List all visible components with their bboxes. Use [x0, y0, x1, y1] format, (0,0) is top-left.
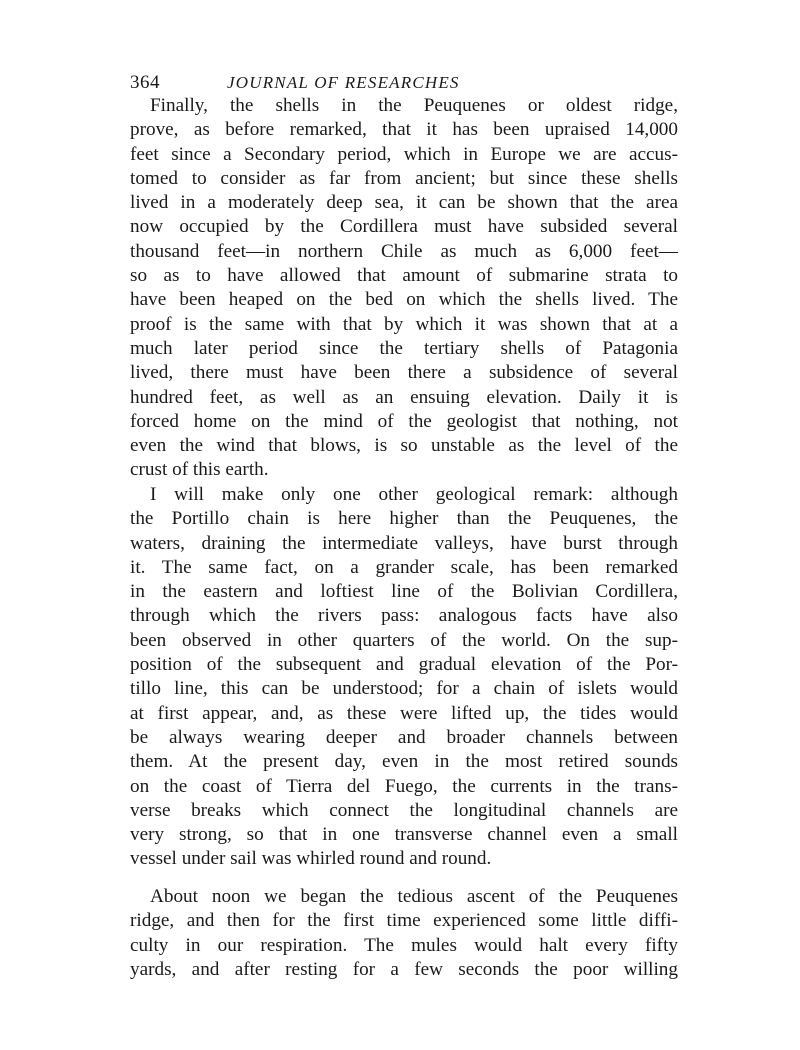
text-line: thousand feet—in northern Chile as much …: [130, 240, 678, 264]
text-line: crust of this earth.: [130, 458, 678, 482]
text-line: through which the rivers pass: analogous…: [130, 604, 678, 628]
text-line: at first appear, and, as these were lift…: [130, 702, 678, 726]
text-line: feet since a Secondary period, which in …: [130, 143, 678, 167]
text-line: have been heaped on the bed on which the…: [130, 288, 678, 312]
text-line: in the eastern and loftiest line of the …: [130, 580, 678, 604]
text-line: hundred feet, as well as an ensuing elev…: [130, 386, 678, 410]
text-line: be always wearing deeper and broader cha…: [130, 726, 678, 750]
text-line: proof is the same with that by which it …: [130, 313, 678, 337]
text-line: so as to have allowed that amount of sub…: [130, 264, 678, 288]
text-line: position of the subsequent and gradual e…: [130, 653, 678, 677]
text-line: lived, there must have been there a subs…: [130, 361, 678, 385]
text-line: About noon we began the tedious ascent o…: [130, 885, 678, 909]
paragraph-1: Finally, the shells in the Peuquenes or …: [130, 94, 678, 483]
paragraph-2: I will make only one other geological re…: [130, 483, 678, 872]
text-line: tomed to consider as far from ancient; b…: [130, 167, 678, 191]
text-line: I will make only one other geological re…: [130, 483, 678, 507]
text-line: now occupied by the Cordillera must have…: [130, 215, 678, 239]
text-line: much later period since the tertiary she…: [130, 337, 678, 361]
text-line: very strong, so that in one transverse c…: [130, 823, 678, 847]
running-title: JOURNAL OF RESEARCHES: [227, 73, 460, 93]
page-number: 364: [130, 72, 160, 94]
text-line: verse breaks which connect the longitudi…: [130, 799, 678, 823]
text-line: yards, and after resting for a few secon…: [130, 958, 678, 982]
text-line: ridge, and then for the first time exper…: [130, 909, 678, 933]
text-line: them. At the present day, even in the mo…: [130, 750, 678, 774]
text-line: on the coast of Tierra del Fuego, the cu…: [130, 775, 678, 799]
text-line: Finally, the shells in the Peuquenes or …: [130, 94, 678, 118]
text-line: waters, draining the intermediate valley…: [130, 532, 678, 556]
text-line: culty in our respiration. The mules woul…: [130, 934, 678, 958]
text-line: tillo line, this can be understood; for …: [130, 677, 678, 701]
text-line: prove, as before remarked, that it has b…: [130, 118, 678, 142]
text-line: forced home on the mind of the geologist…: [130, 410, 678, 434]
text-line: even the wind that blows, is so unstable…: [130, 434, 678, 458]
running-head: 364 JOURNAL OF RESEARCHES: [130, 72, 678, 96]
text-line: the Portillo chain is here higher than t…: [130, 507, 678, 531]
text-line: been observed in other quarters of the w…: [130, 629, 678, 653]
text-line: vessel under sail was whirled round and …: [130, 847, 678, 871]
text-line: it. The same fact, on a grander scale, h…: [130, 556, 678, 580]
paragraph-3: About noon we began the tedious ascent o…: [130, 885, 678, 982]
text-line: lived in a moderately deep sea, it can b…: [130, 191, 678, 215]
